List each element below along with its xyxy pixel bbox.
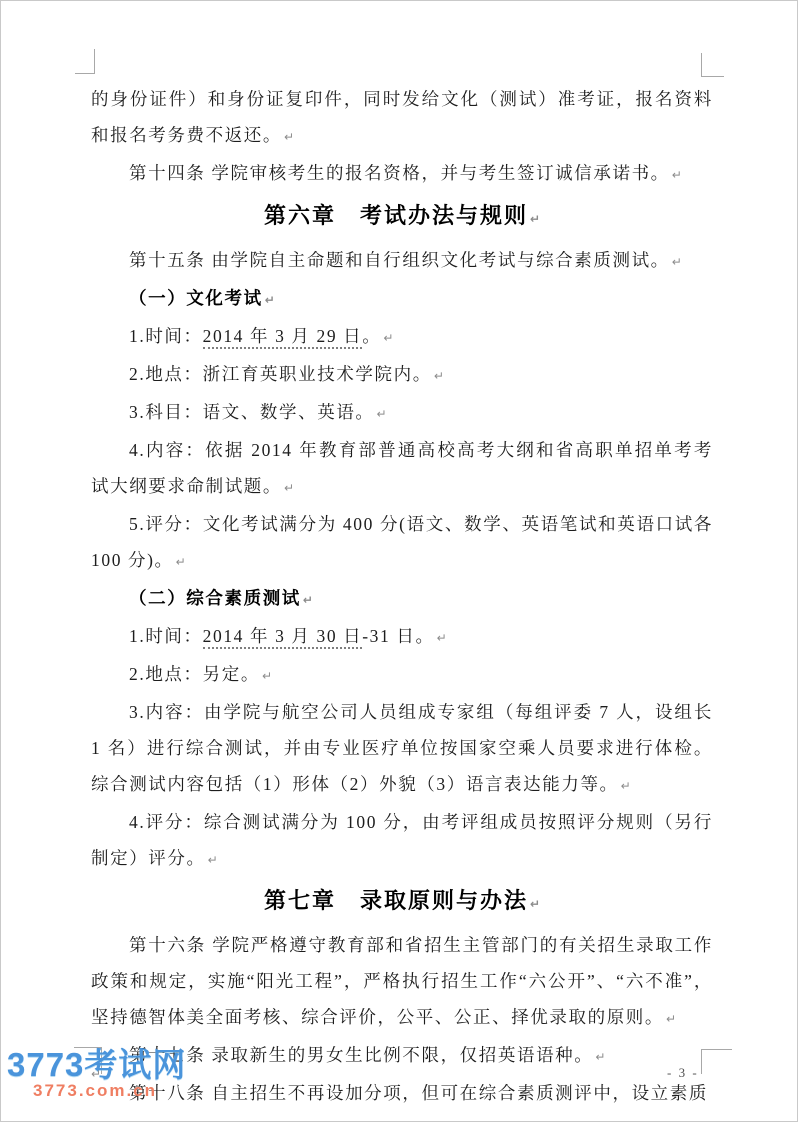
paragraph-mark-icon: ↵ bbox=[666, 1012, 676, 1026]
watermark-domain-text: 3773.com.cn bbox=[33, 1082, 186, 1099]
section-subheading: （一）文化考试↵ bbox=[91, 280, 713, 318]
document-content: 的身份证件）和身份证复印件，同时发给文化（测试）准考证，报名资料和报名考务费不返… bbox=[91, 81, 713, 1111]
paragraph-mark-icon: ↵ bbox=[176, 555, 186, 569]
text-run: 第十六条 学院严格遵守教育部和省招生主管部门的有关招生录取工作政策和规定，实施“… bbox=[91, 935, 713, 1027]
paragraph: 第十五条 由学院自主命题和自行组织文化考试与综合素质测试。↵ bbox=[91, 242, 713, 280]
paragraph-mark-icon: ↵ bbox=[672, 255, 682, 269]
section-subheading: （二）综合素质测试↵ bbox=[91, 580, 713, 618]
paragraph: 2.地点：浙江育英职业技术学院内。↵ bbox=[91, 356, 713, 394]
text-run: （二）综合素质测试 bbox=[129, 588, 301, 608]
text-run: 2.地点：另定。 bbox=[129, 664, 260, 684]
document-page: 的身份证件）和身份证复印件，同时发给文化（测试）准考证，报名资料和报名考务费不返… bbox=[0, 0, 798, 1122]
chapter-heading: 第七章 录取原则与办法↵ bbox=[91, 878, 713, 927]
text-run: 第七章 录取原则与办法 bbox=[264, 888, 528, 913]
paragraph: 5.评分：文化考试满分为 400 分(语文、数学、英语笔试和英语口试各 100 … bbox=[91, 506, 713, 580]
paragraph-mark-icon: ↵ bbox=[434, 369, 444, 383]
paragraph-mark-icon: ↵ bbox=[262, 669, 272, 683]
text-run: 1.时间： bbox=[129, 626, 203, 646]
paragraph: 4.评分：综合测试满分为 100 分，由考评组成员按照评分规则（另行制定）评分。… bbox=[91, 804, 713, 878]
paragraph: 1.时间：2014 年 3 月 29 日。↵ bbox=[91, 318, 713, 356]
margin-crop-mark-top-right bbox=[701, 53, 724, 77]
paragraph-mark-icon: ↵ bbox=[284, 130, 294, 144]
text-run: （一）文化考试 bbox=[129, 288, 263, 308]
paragraph-mark-icon: ↵ bbox=[377, 407, 387, 421]
paragraph: 3.科目：语文、数学、英语。↵ bbox=[91, 394, 713, 432]
text-run: 第十五条 由学院自主命题和自行组织文化考试与综合素质测试。 bbox=[129, 250, 670, 270]
text-run: 3.科目：语文、数学、英语。 bbox=[129, 402, 375, 422]
paragraph: 第十六条 学院严格遵守教育部和省招生主管部门的有关招生录取工作政策和规定，实施“… bbox=[91, 927, 713, 1037]
footer-paragraph-mark-icon: ↵ bbox=[91, 1067, 101, 1081]
text-run: -31 日。 bbox=[362, 626, 434, 646]
text-run: 。 bbox=[362, 326, 381, 346]
text-run: 的身份证件）和身份证复印件，同时发给文化（测试）准考证，报名资料和报名考务费不返… bbox=[91, 89, 713, 145]
paragraph: 3.内容：由学院与航空公司人员组成专家组（每组评委 7 人，设组长 1 名）进行… bbox=[91, 694, 713, 804]
chapter-heading: 第六章 考试办法与规则↵ bbox=[91, 193, 713, 242]
text-run: 第六章 考试办法与规则 bbox=[264, 203, 528, 228]
paragraph-mark-icon: ↵ bbox=[672, 168, 682, 182]
paragraph: 的身份证件）和身份证复印件，同时发给文化（测试）准考证，报名资料和报名考务费不返… bbox=[91, 81, 713, 155]
paragraph-mark-icon: ↵ bbox=[437, 631, 447, 645]
paragraph-mark-icon: ↵ bbox=[208, 853, 218, 867]
text-run: 4.评分：综合测试满分为 100 分，由考评组成员按照评分规则（另行制定）评分。 bbox=[91, 812, 713, 868]
page-number: - 3 - bbox=[667, 1065, 699, 1081]
text-run: 1.时间： bbox=[129, 326, 203, 346]
dotted-underlined-date: 2014 年 3 月 29 日 bbox=[203, 326, 363, 349]
text-run: 3.内容：由学院与航空公司人员组成专家组（每组评委 7 人，设组长 1 名）进行… bbox=[91, 702, 713, 794]
dotted-underlined-date: 2014 年 3 月 30 日 bbox=[203, 626, 363, 649]
text-run: 4.内容：依据 2014 年教育部普通高校高考大纲和省高职单招单考考试大纲要求命… bbox=[91, 440, 713, 496]
paragraph: 4.内容：依据 2014 年教育部普通高校高考大纲和省高职单招单考考试大纲要求命… bbox=[91, 432, 713, 506]
paragraph-mark-icon: ↵ bbox=[284, 481, 294, 495]
paragraph-mark-icon: ↵ bbox=[595, 1050, 605, 1064]
paragraph: 1.时间：2014 年 3 月 30 日-31 日。↵ bbox=[91, 618, 713, 656]
paragraph-mark-icon: ↵ bbox=[265, 293, 275, 307]
text-run: 第十四条 学院审核考生的报名资格，并与考生签订诚信承诺书。 bbox=[129, 163, 670, 183]
text-run: 第十七条 录取新生的男女生比例不限，仅招英语语种。 bbox=[129, 1045, 593, 1065]
paragraph: 第十四条 学院审核考生的报名资格，并与考生签订诚信承诺书。↵ bbox=[91, 155, 713, 193]
paragraph: 2.地点：另定。↵ bbox=[91, 656, 713, 694]
paragraph-mark-icon: ↵ bbox=[383, 331, 393, 345]
paragraph-mark-icon: ↵ bbox=[530, 212, 540, 226]
paragraph-mark-icon: ↵ bbox=[530, 897, 540, 911]
text-run: 第十八条 自主招生不再设加分项，但可在综合素质测评中，设立素质 bbox=[129, 1083, 708, 1103]
paragraph-mark-icon: ↵ bbox=[621, 779, 631, 793]
text-run: 2.地点：浙江育英职业技术学院内。 bbox=[129, 364, 432, 384]
paragraph-mark-icon: ↵ bbox=[303, 593, 313, 607]
margin-crop-mark-top-left bbox=[75, 49, 95, 74]
